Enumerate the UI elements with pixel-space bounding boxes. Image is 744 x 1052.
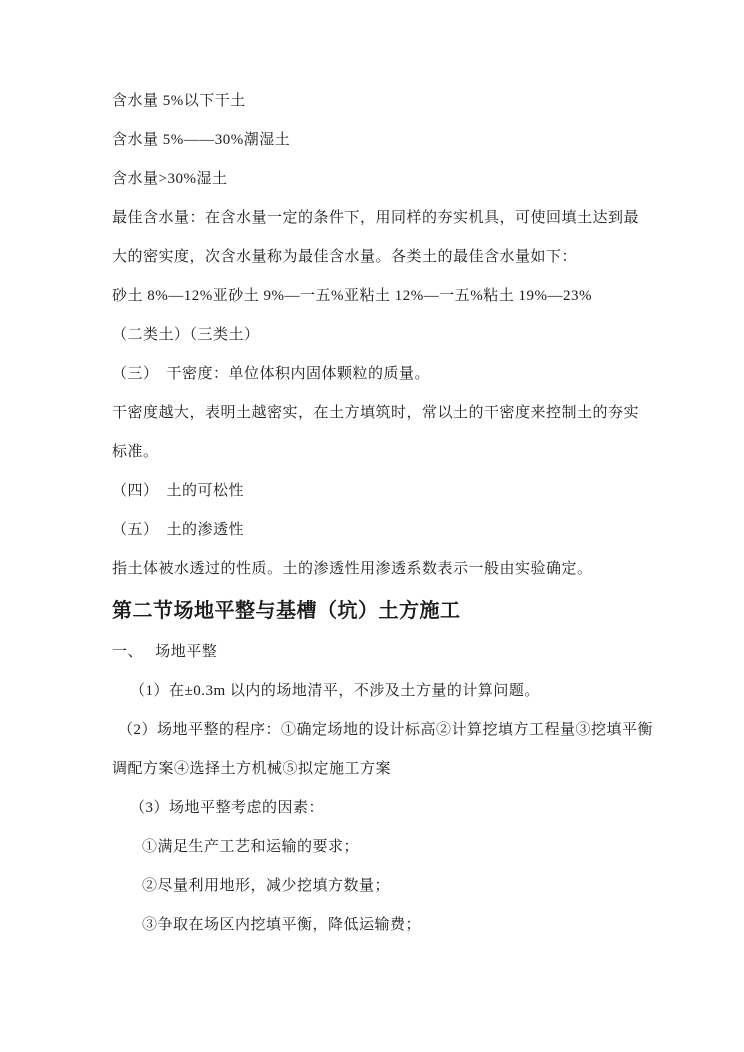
doc-line-item-1: （1）在±0.3m 以内的场地清平，不涉及土方量的计算问题。 <box>112 672 668 711</box>
doc-line-soil-percentages: 砂土 8%—12%亚砂土 9%—一五%亚粘土 12%—一五%粘土 19%—23% <box>112 277 668 316</box>
doc-line-moisture-dry: 含水量 5%以下干土 <box>112 82 668 121</box>
section-heading: 第二节场地平整与基槽（坑）土方施工 <box>112 589 668 633</box>
document-page: 含水量 5%以下干土 含水量 5%——30%潮湿土 含水量>30%湿土 最佳含水… <box>0 0 744 1052</box>
doc-line-optimal-moisture-1: 最佳含水量：在含水量一定的条件下，用同样的夯实机具，可使回填土达到最 <box>112 199 668 238</box>
doc-line-permeability-note: 指土体被水透过的性质。土的渗透性用渗透系数表示一般由实验确定。 <box>112 550 668 589</box>
doc-line-item-3: （3）场地平整考虑的因素： <box>112 789 668 828</box>
doc-line-item-2: （2）场地平整的程序：①确定场地的设计标高②计算挖填方工程量③挖填平衡 <box>112 711 668 750</box>
doc-line-factor-1: ①满足生产工艺和运输的要求； <box>112 828 668 867</box>
doc-line-moisture-moist: 含水量 5%——30%潮湿土 <box>112 121 668 160</box>
doc-line-factor-2: ②尽量利用地形，减少挖填方数量； <box>112 867 668 906</box>
doc-line-factor-3: ③争取在场区内挖填平衡，降低运输费； <box>112 906 668 945</box>
doc-line-optimal-moisture-2: 大的密实度，次含水量称为最佳含水量。各类土的最佳含水量如下： <box>112 238 668 277</box>
doc-line-dry-density: （三） 干密度：单位体积内固体颗粒的质量。 <box>112 355 668 394</box>
doc-line-dry-density-note-2: 标准。 <box>112 433 668 472</box>
doc-line-permeability: （五） 土的渗透性 <box>112 511 668 550</box>
doc-line-item-2-cont: 调配方案④选择土方机械⑤拟定施工方案 <box>112 750 668 789</box>
doc-line-soil-classes: （二类土）（三类土） <box>112 316 668 355</box>
doc-line-moisture-wet: 含水量>30%湿土 <box>112 160 668 199</box>
doc-line-dry-density-note-1: 干密度越大，表明土越密实，在土方填筑时，常以土的干密度来控制土的夯实 <box>112 394 668 433</box>
doc-line-site-leveling-title: 一、 场地平整 <box>112 633 668 672</box>
doc-line-looseness: （四） 土的可松性 <box>112 472 668 511</box>
